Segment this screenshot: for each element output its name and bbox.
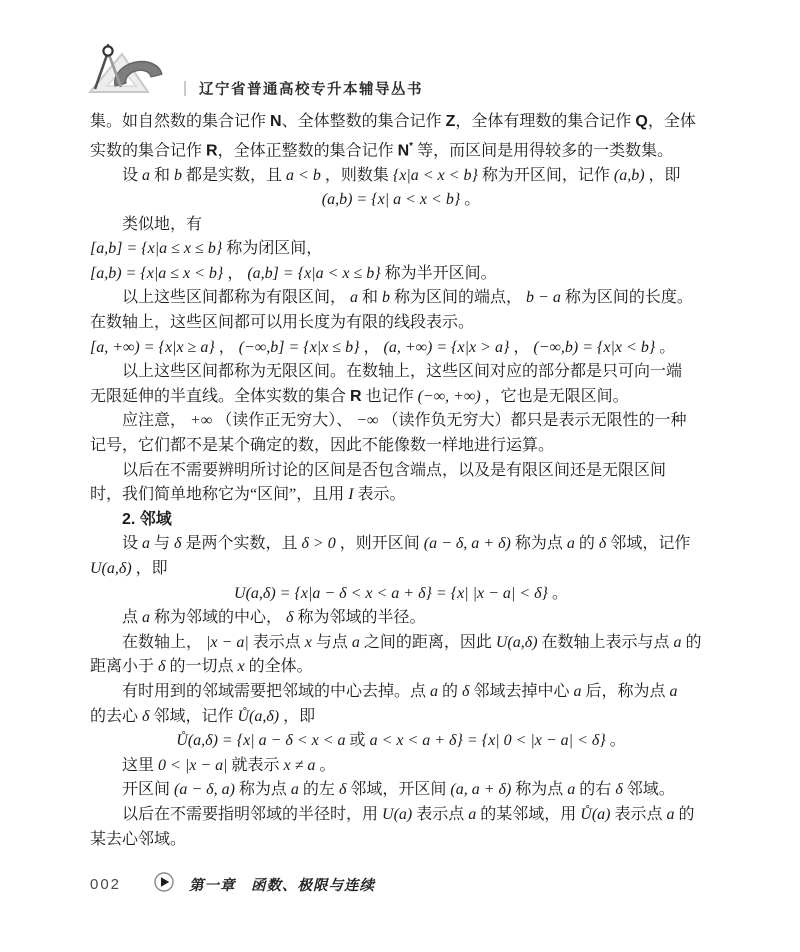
body-text: 以后在不需要指明邻域的半径时，用 — [122, 806, 382, 823]
body-text: 称为点 — [511, 535, 567, 552]
body-text: （读作负无穷大）都只是表示无限性的一种 — [378, 412, 686, 429]
text-line: 类似地，有 — [90, 213, 712, 238]
math-text: [a, +∞) = {x|x ≥ a} — [90, 339, 215, 356]
math-text: (−∞,b) = {x|x < b} — [533, 339, 655, 356]
body-text: ，它也是无限区间。 — [481, 388, 629, 405]
math-text: a — [350, 289, 358, 306]
text-line: 这里 0 < |x − a| 就表示 x ≠ a 。 — [90, 754, 712, 779]
text-line: 在数轴上， |x − a| 表示点 x 与点 a 之间的距离，因此 U(a,δ)… — [90, 631, 712, 656]
math-text: a — [142, 167, 150, 184]
text-line: 开区间 (a − δ, a) 称为点 a 的左 δ 邻域，开区间 (a, a +… — [90, 778, 712, 803]
math-text: a < x < a + δ} = {x| 0 < |x − a| < δ} — [366, 732, 606, 749]
body-text: 邻域，开区间 — [346, 781, 450, 798]
math-text: Ů(a,δ) — [237, 708, 279, 725]
body-text: 表示。 — [354, 486, 406, 503]
math-text: Ů(a) — [580, 806, 610, 823]
text-line: 有时用到的邻域需要把邻域的中心去掉。点 a 的 δ 邻域去掉中心 a 后，称为点… — [90, 680, 712, 705]
text-line: 以后在不需要指明邻域的半径时，用 U(a) 表示点 a 的某邻域，用 Ů(a) … — [90, 803, 712, 828]
body-text: 就表示 — [228, 757, 284, 774]
text-line: 应注意， +∞ （读作正无穷大）、 −∞ （读作负无穷大）都只是表示无限性的一种 — [90, 409, 712, 434]
textbook-page: 辽宁省普通高校专升本辅导丛书 集。如自然数的集合记作 N、全体整数的集合记作 Z… — [0, 0, 800, 952]
formula-line: (a,b) = {x| a < x < b} 。 — [90, 188, 712, 213]
set-symbol: N — [270, 113, 282, 130]
body-text: 以后在不需要辨明所讨论的区间是否包含端点，以及是有限区间还是无限区间 — [122, 462, 666, 479]
math-text: (a,b) = {x| a < x < b} — [322, 191, 460, 208]
math-text: (a,b) — [614, 167, 645, 184]
body-text: 、全体整数的集合记作 — [282, 113, 446, 130]
body-text: 在数轴上， — [122, 634, 206, 651]
drawing-tools-icon — [86, 42, 170, 101]
math-text: (a − δ, a + δ) — [424, 535, 511, 552]
body-text: 都是实数，且 — [182, 167, 286, 184]
body-text: 等，而区间是用得较多的一类数集。 — [413, 142, 673, 159]
body-text: 称为邻域的中心， — [150, 609, 286, 626]
page-footer: 002 第一章 函数、极限与连续 — [90, 871, 375, 898]
math-text: U(a,δ) — [496, 634, 538, 651]
body-text: 以上这些区间都称为无限区间。在数轴上，这些区间对应的部分都是只可向一端 — [122, 363, 682, 380]
math-text: {x|a < x < b} — [393, 167, 478, 184]
body-text: ，即 — [279, 708, 315, 725]
body-text: 的 — [438, 683, 462, 700]
math-text: a < b — [286, 167, 321, 184]
body-text: 称为闭区间， — [222, 240, 322, 257]
body-text: 应注意， — [122, 412, 190, 429]
math-text: U(a) — [382, 806, 412, 823]
body-text: 之间的距离，因此 — [360, 634, 496, 651]
page-body: 集。如自然数的集合记作 N、全体整数的集合记作 Z，全体有理数的集合记作 Q，全… — [90, 110, 712, 852]
math-text: [a,b) = {x|a ≤ x < b} — [90, 265, 223, 282]
math-text: (a, a + δ) — [450, 781, 511, 798]
math-text: δ — [615, 781, 622, 798]
math-text: +∞ — [190, 412, 212, 429]
body-text: 称为区间的端点， — [390, 289, 526, 306]
body-text: 2. 邻域 — [122, 511, 172, 528]
body-text: ，全体有理数的集合记作 — [455, 113, 635, 130]
math-text: a — [430, 683, 438, 700]
body-text: 称为点 — [511, 781, 567, 798]
body-text: 也记作 — [362, 388, 418, 405]
math-text: x — [237, 658, 244, 675]
header-divider — [184, 81, 186, 96]
body-text: 后，称为点 — [581, 683, 669, 700]
text-line: 以上这些区间都称为无限区间。在数轴上，这些区间对应的部分都是只可向一端 — [90, 360, 712, 385]
body-text: 与 — [150, 535, 174, 552]
text-line: 时，我们简单地称它为“区间”，且用 I 表示。 — [90, 483, 712, 508]
math-text: a — [567, 535, 575, 552]
body-text: 称为半开区间。 — [381, 265, 497, 282]
math-text: δ > 0 — [301, 535, 335, 552]
body-text: 的去心 — [90, 708, 142, 725]
math-text: a — [670, 683, 678, 700]
body-text: ，全体 — [648, 113, 696, 130]
text-line: 集。如自然数的集合记作 N、全体整数的集合记作 Z，全体有理数的集合记作 Q，全… — [90, 110, 712, 135]
body-text: 表示点 — [412, 806, 468, 823]
math-text: [a,b] = {x|a ≤ x ≤ b} — [90, 240, 222, 257]
set-symbol: Q — [635, 113, 647, 130]
body-text: 邻域，记作 — [149, 708, 237, 725]
math-text: U(a,δ) = {x|a − δ < x < a + δ} = {x| |x … — [234, 585, 548, 602]
body-text: 的 — [575, 535, 599, 552]
body-text: 在数轴上，这些区间都可以用长度为有限的线段表示。 — [90, 314, 474, 331]
body-text: 称为点 — [235, 781, 291, 798]
body-text: 记号，它们都不是某个确定的数，因此不能像数一样地进行运算。 — [90, 437, 554, 454]
body-text: 的左 — [299, 781, 339, 798]
math-text: U(a,δ) — [90, 560, 132, 577]
math-text: a — [142, 609, 150, 626]
body-text: ， — [223, 265, 247, 282]
body-text: 称为开区间，记作 — [478, 167, 614, 184]
text-line: 无限延伸的半直线。全体实数的集合 R 也记作 (−∞, +∞) ，它也是无限区间… — [90, 385, 712, 410]
text-line: 设 a 和 b 都是实数，且 a < b ，则数集 {x|a < x < b} … — [90, 164, 712, 189]
body-text: 点 — [122, 609, 142, 626]
math-text: (−∞,b] = {x|x ≤ b} — [239, 339, 360, 356]
body-text: （读作正无穷大）、 — [212, 412, 356, 429]
text-line: 某去心邻域。 — [90, 828, 712, 853]
body-text: 和 — [358, 289, 382, 306]
body-text: ， — [509, 339, 533, 356]
body-text: 实数的集合记作 — [90, 142, 206, 159]
body-text: 有时用到的邻域需要把邻域的中心去掉。点 — [122, 683, 430, 700]
body-text: 以上这些区间都称为有限区间， — [122, 289, 350, 306]
body-text: 在数轴上表示与点 — [538, 634, 674, 651]
math-text: (a − δ, a) — [174, 781, 235, 798]
body-text: 或 — [350, 732, 366, 749]
body-text: 的右 — [575, 781, 615, 798]
body-text: 的全体。 — [245, 658, 313, 675]
math-text: Ů(a,δ) = {x| a − δ < x < a — [176, 732, 349, 749]
body-text: 。 — [655, 339, 675, 356]
body-text: 称为邻域的半径。 — [293, 609, 425, 626]
text-line: 以后在不需要辨明所讨论的区间是否包含端点，以及是有限区间还是无限区间 — [90, 459, 712, 484]
body-text: 邻域，记作 — [606, 535, 690, 552]
body-text: 设 — [122, 535, 142, 552]
text-line: [a,b] = {x|a ≤ x ≤ b} 称为闭区间， — [90, 237, 712, 262]
body-text: 的 — [682, 634, 702, 651]
body-text: 与点 — [312, 634, 352, 651]
text-line: 的去心 δ 邻域，记作 Ů(a,δ) ，即 — [90, 705, 712, 730]
body-text: 的 — [675, 806, 695, 823]
body-text: 是两个实数，且 — [181, 535, 301, 552]
math-text: a — [352, 634, 360, 651]
body-text: 类似地，有 — [122, 216, 202, 233]
body-text: ，即 — [645, 167, 681, 184]
formula-line: Ů(a,δ) = {x| a − δ < x < a 或 a < x < a +… — [90, 729, 712, 754]
math-text: x ≠ a — [284, 757, 316, 774]
formula-line: U(a,δ) = {x|a − δ < x < a + δ} = {x| |x … — [90, 582, 712, 607]
body-text: 。 — [548, 585, 568, 602]
text-line: 点 a 称为邻域的中心， δ 称为邻域的半径。 — [90, 606, 712, 631]
body-text: ， — [359, 339, 383, 356]
math-text: (a,b] = {x|a < x ≤ b} — [247, 265, 380, 282]
text-line: [a,b) = {x|a ≤ x < b} ， (a,b] = {x|a < x… — [90, 262, 712, 287]
body-text: 集。如自然数的集合记作 — [90, 113, 270, 130]
body-text: 称为区间的长度。 — [561, 289, 693, 306]
chapter-title: 第一章 函数、极限与连续 — [189, 874, 375, 895]
section-heading: 2. 邻域 — [90, 508, 712, 533]
body-text: ，全体正整数的集合记作 — [218, 142, 398, 159]
body-text: 无限延伸的半直线。全体实数的集合 — [90, 388, 350, 405]
body-text: 表示点 — [249, 634, 305, 651]
body-text: 邻域去掉中心 — [469, 683, 573, 700]
math-text: |x − a| — [206, 634, 249, 651]
body-text: ，即 — [132, 560, 168, 577]
math-text: a — [291, 781, 299, 798]
text-line: 设 a 与 δ 是两个实数，且 δ > 0 ，则开区间 (a − δ, a + … — [90, 532, 712, 557]
math-text: b — [174, 167, 182, 184]
body-text: ，则开区间 — [336, 535, 424, 552]
body-text: 的一切点 — [165, 658, 237, 675]
text-line: 以上这些区间都称为有限区间， a 和 b 称为区间的端点， b − a 称为区间… — [90, 286, 712, 311]
body-text: 的某邻域，用 — [476, 806, 580, 823]
body-text: ，则数集 — [321, 167, 393, 184]
math-text: −∞ — [356, 412, 378, 429]
body-text: 设 — [122, 167, 142, 184]
math-text: b − a — [526, 289, 561, 306]
set-symbol: N — [398, 142, 410, 159]
body-text: 距离小于 — [90, 658, 158, 675]
math-text: (−∞, +∞) — [418, 388, 481, 405]
body-text: 邻域。 — [623, 781, 675, 798]
set-symbol: R — [350, 388, 362, 405]
math-text: x — [305, 634, 312, 651]
page-header: 辽宁省普通高校专升本辅导丛书 — [86, 42, 423, 101]
series-title: 辽宁省普通高校专升本辅导丛书 — [199, 78, 423, 101]
set-symbol: Z — [446, 113, 456, 130]
body-text: 表示点 — [610, 806, 666, 823]
play-icon — [153, 871, 175, 898]
math-text: 0 < |x − a| — [158, 757, 228, 774]
math-text: a — [667, 806, 675, 823]
body-text: 。 — [315, 757, 335, 774]
text-line: 距离小于 δ 的一切点 x 的全体。 — [90, 655, 712, 680]
text-line: 在数轴上，这些区间都可以用长度为有限的线段表示。 — [90, 311, 712, 336]
text-line: U(a,δ) ，即 — [90, 557, 712, 582]
text-line: [a, +∞) = {x|x ≥ a} ， (−∞,b] = {x|x ≤ b}… — [90, 336, 712, 361]
text-line: 记号，它们都不是某个确定的数，因此不能像数一样地进行运算。 — [90, 434, 712, 459]
body-text: 。 — [606, 732, 626, 749]
body-text: 。 — [460, 191, 480, 208]
math-text: a — [142, 535, 150, 552]
math-text: b — [382, 289, 390, 306]
body-text: 开区间 — [122, 781, 174, 798]
body-text: 这里 — [122, 757, 158, 774]
set-symbol: R — [206, 142, 218, 159]
text-line: 实数的集合记作 R，全体正整数的集合记作 N* 等，而区间是用得较多的一类数集。 — [90, 135, 712, 164]
body-text: 时，我们简单地称它为“区间”，且用 — [90, 486, 348, 503]
math-text: (a, +∞) = {x|x > a} — [384, 339, 510, 356]
body-text: ， — [215, 339, 239, 356]
math-text: a — [674, 634, 682, 651]
page-number: 002 — [90, 876, 121, 893]
body-text: 某去心邻域。 — [90, 831, 186, 848]
body-text: 和 — [150, 167, 174, 184]
